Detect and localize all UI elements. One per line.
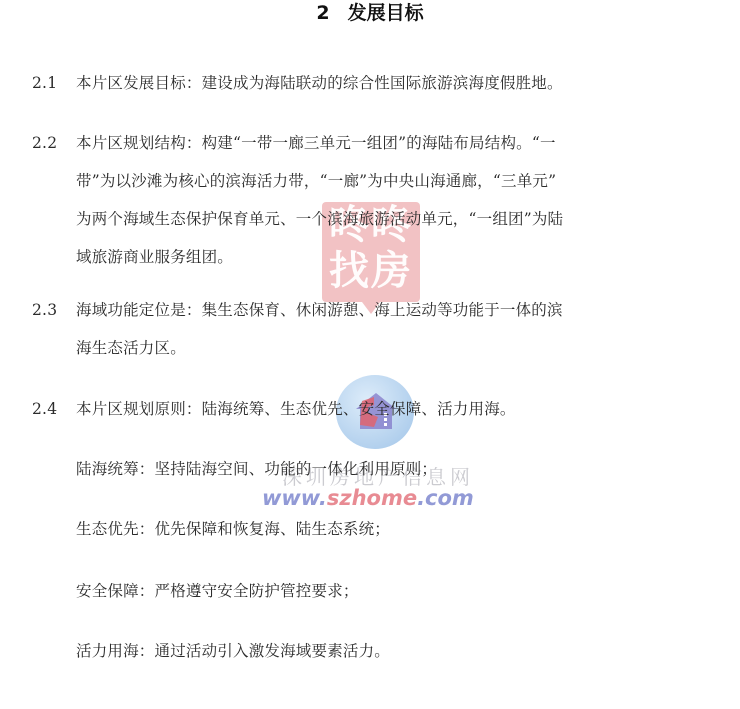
section-2-1: 2.1本片区发展目标：建设成为海陆联动的综合性国际旅游滨海度假胜地。: [32, 64, 563, 102]
section-2-3: 2.3海域功能定位是：集生态保育、休闲游憩、海上运动等功能于一体的滨 海生态活力…: [32, 291, 563, 367]
principle-safety: 安全保障：严格遵守安全防护管控要求；: [76, 579, 359, 603]
principle-ecology: 生态优先：优先保障和恢复海、陆生态系统；: [76, 517, 390, 541]
principle-land-sea: 陆海统筹：坚持陆海空间、功能的一体化利用原则；: [76, 457, 437, 481]
page-title: 2发展目标: [0, 1, 740, 25]
section-2-2: 2.2本片区规划结构：构建“一带一廊三单元一组团”的海陆布局结构。“一 带”为以…: [32, 124, 563, 276]
principle-vitality: 活力用海：通过活动引入激发海域要素活力。: [76, 639, 390, 663]
section-2-4: 2.4本片区规划原则：陆海统筹、生态优先、安全保障、活力用海。: [32, 390, 516, 428]
